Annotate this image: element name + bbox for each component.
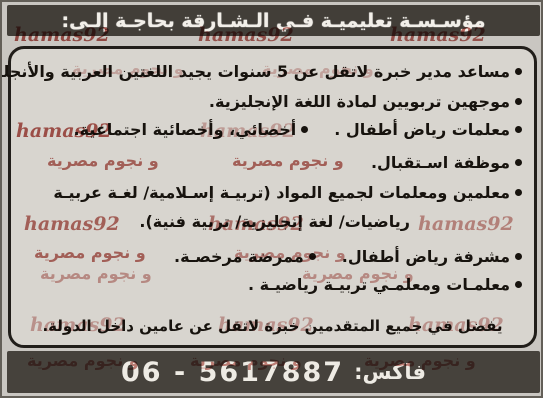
bullet-icon — [515, 189, 522, 196]
job-row: موجهين تربويين لمادة اللغة الإنجليزية. — [23, 88, 522, 115]
bullet-icon — [515, 281, 522, 288]
job-row: مساعد مدير خبرة لاتقل عن 5 سنوات يجيد ال… — [23, 58, 522, 85]
experience-note: يفضل في جميع المتقدمين خبرة لاتقل عن عام… — [23, 313, 522, 340]
ad-body-box: مساعد مدير خبرة لاتقل عن 5 سنوات يجيد ال… — [8, 46, 537, 348]
job-row: معلمين ومعلمات لجميع المواد (تربيـة إسـل… — [23, 179, 522, 206]
job-item: معلمـات ومعلمـي تربيـة رياضيـة . — [248, 275, 522, 294]
ad-title: مؤسـسـة تعليميـة فـي الـشـارقة بحاجـة إل… — [62, 10, 486, 32]
job-text: معلمات رياض أطفال . — [334, 120, 510, 139]
bullet-icon — [515, 98, 522, 105]
job-item: موجهين تربويين لمادة اللغة الإنجليزية. — [209, 92, 522, 111]
job-row: موظفة اسـتقبال. — [23, 149, 522, 176]
job-text: أخصائي، وأخصائية اجتماعية. — [74, 120, 297, 139]
bullet-icon — [515, 159, 522, 166]
bullet-icon — [515, 68, 522, 75]
job-text: معلمين ومعلمات لجميع المواد (تربيـة إسـل… — [53, 183, 510, 202]
job-text: مساعد مدير خبرة لاتقل عن 5 سنوات يجيد ال… — [0, 62, 510, 81]
job-item: مساعد مدير خبرة لاتقل عن 5 سنوات يجيد ال… — [0, 62, 522, 81]
newspaper-ad: مؤسـسـة تعليميـة فـي الـشـارقة بحاجـة إل… — [0, 0, 543, 398]
fax-bar: 06 - 5617887 فاكس: — [7, 351, 540, 393]
job-item: معلمات رياض أطفال . — [334, 120, 522, 139]
bullet-icon — [309, 253, 316, 260]
job-item: موظفة اسـتقبال. — [371, 153, 522, 172]
job-row: معلمـات ومعلمـي تربيـة رياضيـة . — [23, 271, 522, 298]
job-text-continuation: رياضيات/ لغة إنجليزية/ تربية فنية). — [23, 208, 522, 235]
ad-header-bar: مؤسـسـة تعليميـة فـي الـشـارقة بحاجـة إل… — [7, 5, 540, 36]
job-row: معلمات رياض أطفال . أخصائي، وأخصائية اجت… — [23, 116, 522, 143]
job-text: موظفة اسـتقبال. — [371, 153, 510, 172]
bullet-icon — [515, 253, 522, 260]
job-item: ممرضة مرخصـة. — [174, 247, 316, 266]
job-text: مشرفة رياض أطفال. — [342, 247, 510, 266]
job-item: معلمين ومعلمات لجميع المواد (تربيـة إسـل… — [53, 183, 522, 202]
job-item: مشرفة رياض أطفال. — [342, 247, 522, 266]
job-text: معلمـات ومعلمـي تربيـة رياضيـة . — [248, 275, 510, 294]
bullet-icon — [515, 126, 522, 133]
job-row: مشرفة رياض أطفال. ممرضة مرخصـة. — [23, 243, 522, 270]
job-text: موجهين تربويين لمادة اللغة الإنجليزية. — [209, 92, 510, 111]
job-item: أخصائي، وأخصائية اجتماعية. — [74, 120, 309, 139]
fax-label: فاكس: — [354, 360, 426, 384]
fax-number: 06 - 5617887 — [121, 357, 344, 388]
bullet-icon — [301, 126, 308, 133]
job-text: ممرضة مرخصـة. — [174, 247, 304, 266]
